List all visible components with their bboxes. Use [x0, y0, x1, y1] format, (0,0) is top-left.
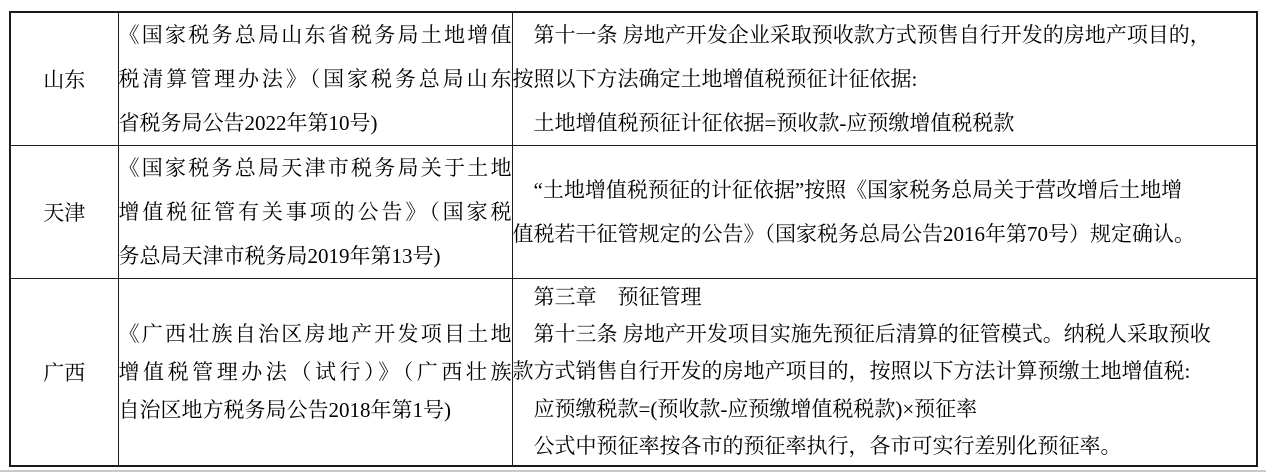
text-line: “土地增值税预征的计征依据”按照《国家税务总局关于营改增后土地增 — [513, 168, 1257, 212]
text-line: 第三章 预征管理 — [513, 279, 1257, 316]
provision-cell: 第十一条 房地产开发企业采取预收款方式预售自行开发的房地产项目的，按照以下方法确… — [512, 12, 1257, 146]
province-cell: 山东 — [10, 12, 118, 146]
policy-document-cell: 《国家税务总局天津市税务局关于土地增值税征管有关事项的公告》（国家税务总局天津市… — [118, 146, 512, 279]
province-label: 天津 — [43, 201, 85, 225]
text-line: 第十一条 房地产开发企业采取预收款方式预售自行开发的房地产项目的， — [513, 13, 1257, 57]
policy-document-cell: 《国家税务总局山东省税务局土地增值税清算管理办法》（国家税务总局山东省税务局公告… — [118, 12, 512, 146]
text-line: 税清算管理办法》（国家税务总局山东 — [119, 57, 512, 101]
text-line: 省税务局公告2022年第10号) — [119, 101, 512, 145]
table-row-guangxi: 广西 《广西壮族自治区房地产开发项目土地增值税管理办法（试行）》（广西壮族自治区… — [10, 279, 1257, 467]
provision-cell: 第三章 预征管理 第十三条 房地产开发项目实施先预征后清算的征管模式。纳税人采取… — [512, 279, 1257, 467]
text-line: 增值税征管有关事项的公告》（国家税 — [119, 190, 512, 234]
table-row-shandong: 山东 《国家税务总局山东省税务局土地增值税清算管理办法》（国家税务总局山东省税务… — [10, 12, 1257, 146]
text-line: 《国家税务总局天津市税务局关于土地 — [119, 146, 512, 190]
provision-text: “土地增值税预征的计征依据”按照《国家税务总局关于营改增后土地增值税若干征管规定… — [513, 168, 1257, 256]
text-line: 土地增值税预征计征依据=预收款-应预缴增值税税款 — [513, 101, 1257, 145]
text-line: 《国家税务总局山东省税务局土地增值 — [119, 13, 512, 57]
province-cell: 天津 — [10, 146, 118, 279]
table-row-tianjin: 天津 《国家税务总局天津市税务局关于土地增值税征管有关事项的公告》（国家税务总局… — [10, 146, 1257, 279]
text-line: 《广西壮族自治区房地产开发项目土地 — [119, 315, 512, 353]
land-vat-prepayment-regulations-table: 山东 《国家税务总局山东省税务局土地增值税清算管理办法》（国家税务总局山东省税务… — [9, 11, 1258, 467]
province-cell: 广西 — [10, 279, 118, 467]
document-page: 山东 《国家税务总局山东省税务局土地增值税清算管理办法》（国家税务总局山东省税务… — [0, 0, 1266, 476]
text-line: 按照以下方法确定土地增值税预征计征依据: — [513, 57, 1257, 101]
text-line: 值税若干征管规定的公告》（国家税务总局公告2016年第70号）规定确认。 — [513, 212, 1257, 256]
policy-document-text: 《国家税务总局天津市税务局关于土地增值税征管有关事项的公告》（国家税务总局天津市… — [119, 146, 512, 278]
text-line: 应预缴税款=(预收款-应预缴增值税税款)×预征率 — [513, 391, 1257, 428]
page-bottom-rule — [0, 470, 1266, 472]
text-line: 公式中预征率按各市的预征率执行，各市可实行差别化预征率。 — [513, 428, 1257, 465]
text-line: 第十三条 房地产开发项目实施先预征后清算的征管模式。纳税人采取预收 — [513, 316, 1257, 353]
provision-cell: “土地增值税预征的计征依据”按照《国家税务总局关于营改增后土地增值税若干征管规定… — [512, 146, 1257, 279]
text-line: 款方式销售自行开发的房地产项目的，按照以下方法计算预缴土地增值税: — [513, 353, 1257, 390]
text-line: 务总局天津市税务局2019年第13号) — [119, 234, 512, 278]
policy-document-text: 《国家税务总局山东省税务局土地增值税清算管理办法》（国家税务总局山东省税务局公告… — [119, 13, 512, 145]
provision-text: 第三章 预征管理 第十三条 房地产开发项目实施先预征后清算的征管模式。纳税人采取… — [513, 279, 1257, 465]
province-label: 广西 — [43, 361, 85, 385]
provision-text: 第十一条 房地产开发企业采取预收款方式预售自行开发的房地产项目的，按照以下方法确… — [513, 13, 1257, 145]
province-label: 山东 — [43, 68, 85, 92]
policy-document-text: 《广西壮族自治区房地产开发项目土地增值税管理办法（试行）》（广西壮族自治区地方税… — [119, 315, 512, 429]
text-line: 增值税管理办法（试行）》（广西壮族 — [119, 353, 512, 391]
text-line: 自治区地方税务局公告2018年第1号) — [119, 391, 512, 429]
policy-document-cell: 《广西壮族自治区房地产开发项目土地增值税管理办法（试行）》（广西壮族自治区地方税… — [118, 279, 512, 467]
